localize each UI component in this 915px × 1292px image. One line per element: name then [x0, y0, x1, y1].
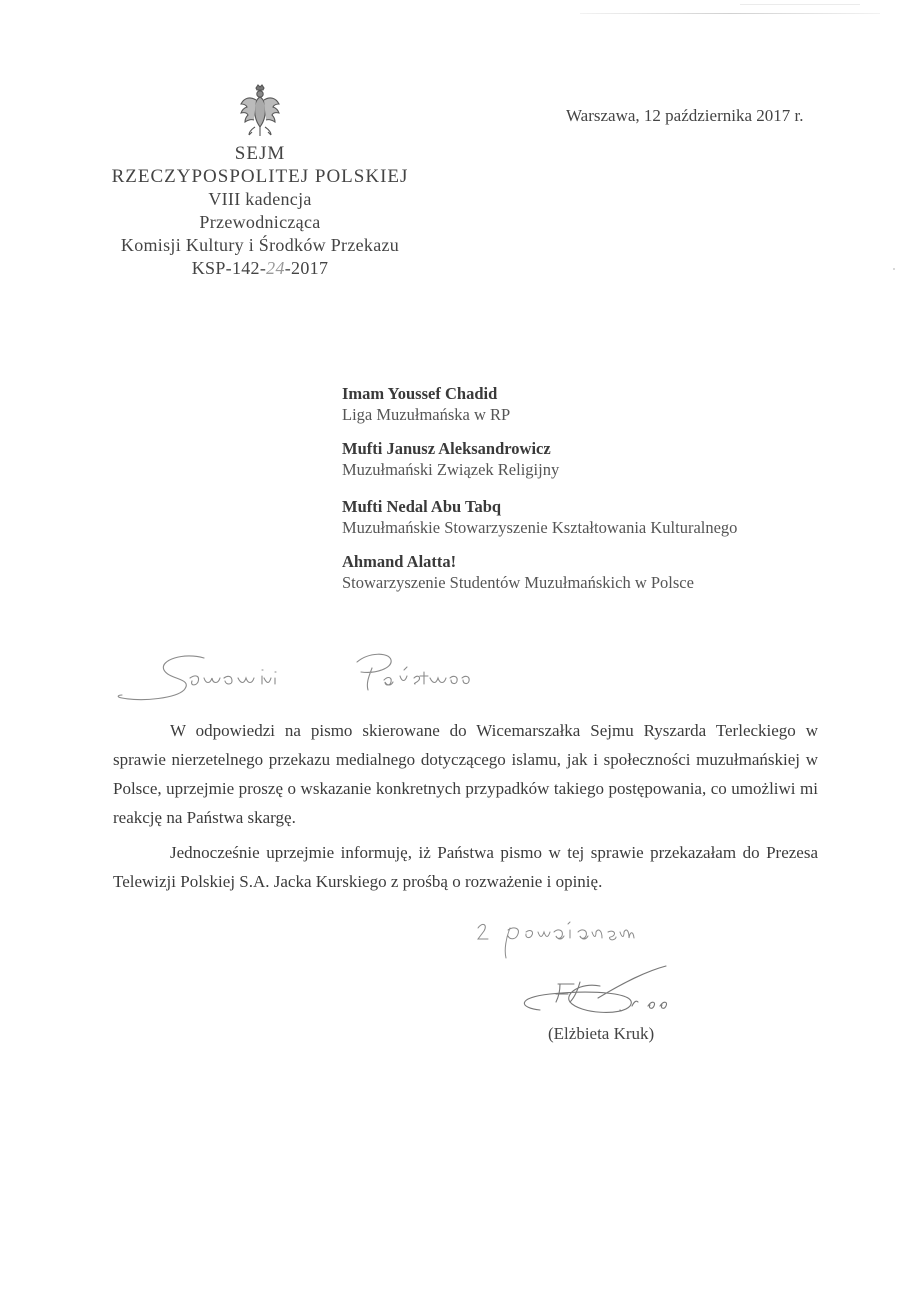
reference-suffix: -2017 [285, 258, 329, 278]
letterhead: SEJM RZECZYPOSPOLITEJ POLSKIEJ VIII kade… [80, 82, 440, 280]
recipient-organization: Muzułmański Związek Religijny [342, 459, 812, 480]
letter-date: Warszawa, 12 października 2017 r. [566, 106, 803, 126]
recipient-organization: Stowarzyszenie Studentów Muzułmańskich w… [342, 572, 812, 593]
body-paragraph: W odpowiedzi na pismo skierowane do Wice… [113, 716, 818, 832]
letterhead-line: Komisji Kultury i Środków Przekazu [80, 234, 440, 257]
letterhead-line: RZECZYPOSPOLITEJ POLSKIEJ [80, 165, 440, 188]
recipient: Imam Youssef Chadid Liga Muzułmańska w R… [342, 383, 812, 425]
recipient: Ahmand Alatta! Stowarzyszenie Studentów … [342, 551, 812, 593]
scan-speck [893, 268, 895, 270]
recipient-name: Mufti Nedal Abu Tabq [342, 496, 812, 517]
letterhead-line: SEJM [80, 142, 440, 165]
handwritten-closing: Z poważaniem [470, 912, 710, 962]
letter-body: W odpowiedzi na pismo skierowane do Wice… [113, 716, 818, 902]
recipient-name: Mufti Janusz Aleksandrowicz [342, 438, 812, 459]
letterhead-line: Przewodnicząca [80, 211, 440, 234]
handwritten-signature [510, 962, 710, 1022]
recipient-organization: Liga Muzułmańska w RP [342, 404, 812, 425]
recipients-block: Imam Youssef Chadid Liga Muzułmańska w R… [342, 383, 812, 606]
recipient: Mufti Janusz Aleksandrowicz Muzułmański … [342, 438, 812, 480]
eagle-emblem-icon [238, 82, 282, 138]
reference-number: KSP-142-24-2017 [80, 257, 440, 280]
scan-artifact [580, 13, 880, 14]
handwritten-salutation: Szanowni Państwo [112, 648, 512, 708]
recipient: Mufti Nedal Abu Tabq Muzułmańskie Stowar… [342, 496, 812, 538]
recipient-name: Ahmand Alatta! [342, 551, 812, 572]
reference-prefix: KSP-142- [192, 258, 266, 278]
scan-artifact [740, 4, 860, 5]
body-paragraph: Jednocześnie uprzejmie informuję, iż Pań… [113, 838, 818, 896]
recipient-organization: Muzułmańskie Stowarzyszenie Kształtowani… [342, 517, 812, 538]
recipient-name: Imam Youssef Chadid [342, 383, 812, 404]
reference-handwritten: 24 [266, 258, 285, 278]
letterhead-line: VIII kadencja [80, 188, 440, 211]
signer-name: (Elżbieta Kruk) [548, 1024, 654, 1044]
